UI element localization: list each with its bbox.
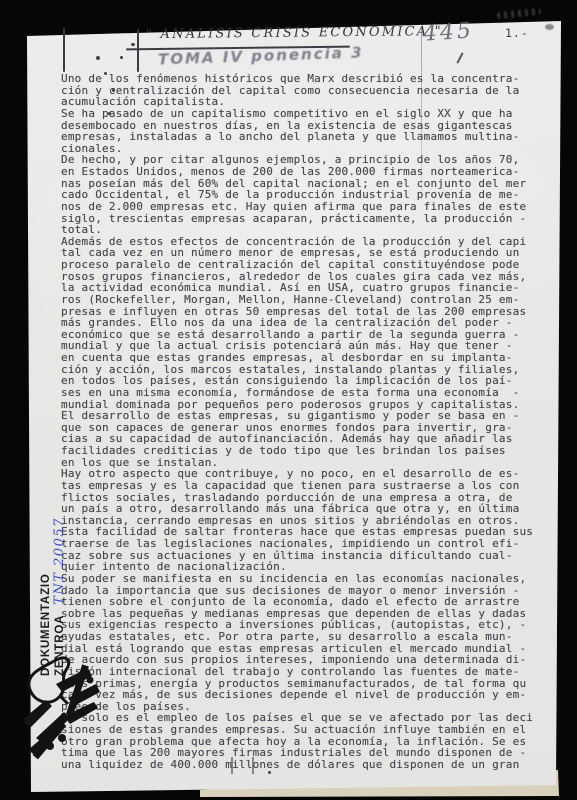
text-line: El desarrollo de estas empresas, su giga… xyxy=(61,410,547,422)
text-line: tas empresas y es la capacidad que tiene… xyxy=(61,480,547,492)
text-line: Su poder se manifiesta en su incidencia … xyxy=(61,573,547,585)
ink-speckle xyxy=(131,43,135,46)
handwritten-title: " ANALISIS CRISIS ECONOMICA " xyxy=(146,25,376,42)
page-number: 1.- xyxy=(505,26,529,40)
text-line: nos de 2.000 empresas etc. Hay quien afi… xyxy=(61,201,547,213)
text-line: facilidades crediticias y de todo tipo q… xyxy=(61,445,547,457)
pencil-scribble xyxy=(497,8,541,20)
archive-logo xyxy=(16,646,102,778)
text-line: tienen sobre el conjunto de la economía,… xyxy=(61,596,547,608)
text-line: ses en una misma economía, formándose de… xyxy=(61,387,547,399)
text-line: una liquidez de 400.000 millones de dóla… xyxy=(61,759,547,771)
text-line: más grandes. Ello nos da una idea de la … xyxy=(61,317,547,329)
archive-logo-icon xyxy=(16,646,102,774)
text-line: siglo, trescientas empresas acaparan, pr… xyxy=(61,213,547,225)
text-line: empresas, instaladas a lo ancho del plan… xyxy=(61,131,547,143)
stain-blob xyxy=(545,24,554,30)
text-line: ayudas estatales, etc. Por otra parte, s… xyxy=(61,631,547,643)
text-line: traerse de las legislaciones nacionales,… xyxy=(61,538,547,550)
blue-reference-code: TNT 20057 xyxy=(52,517,67,605)
typewritten-text: Uno de los fenómenos históricos que Marx… xyxy=(61,73,547,771)
margin-mark xyxy=(63,28,65,72)
text-line: siones de estas grandes empresas. Su act… xyxy=(61,724,547,736)
ink-speckle xyxy=(96,56,100,60)
margin-mark xyxy=(137,29,139,72)
text-line: ros (Rockefeller, Morgan, Mellon, Hanne-… xyxy=(61,294,547,306)
text-line: Uno de los fenómenos históricos que Marx… xyxy=(61,73,547,85)
ink-speckle xyxy=(120,56,123,59)
text-line: visión internacional del trabajo y contr… xyxy=(61,666,547,678)
text-line: total. xyxy=(61,224,547,236)
text-line: en cuenta que estas grandes empresas, al… xyxy=(61,352,547,364)
archive-number-pencil: 445 xyxy=(422,18,475,46)
text-line: un país a otro, desarrollando más una fá… xyxy=(61,503,547,515)
text-line: cada vez más, de sus decisiones depende … xyxy=(61,689,547,701)
text-line: proceso paralelo de centralización del c… xyxy=(61,259,547,271)
pencil-dot xyxy=(268,771,271,774)
text-line: en Estados Unidos, menos de 200 de las 2… xyxy=(61,166,547,178)
text-line: Se ha pasado de un capitalismo competiti… xyxy=(61,108,547,120)
scanned-page: " ANALISIS CRISIS ECONOMICA " TOMA IV po… xyxy=(0,0,577,800)
